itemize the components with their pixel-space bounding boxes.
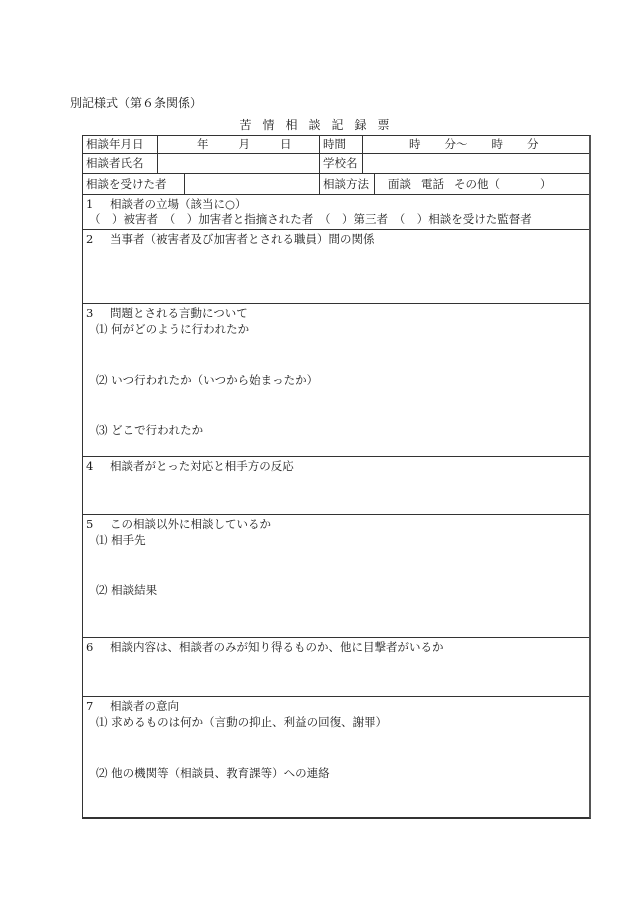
school-field[interactable] (363, 154, 589, 173)
subitem-marker: ⑶ (96, 423, 108, 437)
name-field[interactable] (158, 154, 320, 173)
method-option-phone[interactable]: 電話 (421, 177, 444, 191)
section-4-response[interactable]: 4相談者がとった対応と相手方の反応 (83, 457, 589, 515)
section-number: 1 (86, 197, 110, 212)
subitem-marker: ⑴ (96, 533, 108, 547)
section-5-other-consultation[interactable]: 5この相談以外に相談しているか ⑴ 相手先 ⑵ 相談結果 (83, 515, 589, 638)
subitem-text: いつ行われたか（いつから始まったか） (111, 373, 318, 387)
position-options[interactable]: （ ）被害者 （ ）加害者と指摘された者 （ ）第三者 （ ）相談を受けた監督者 (89, 212, 532, 227)
section-number: 3 (86, 306, 110, 321)
school-label: 学校名 (320, 154, 363, 173)
section-number: 2 (86, 232, 110, 247)
subitem-marker: ⑵ (96, 766, 108, 780)
section-6-witnesses[interactable]: 6相談内容は、相談者のみが知り得るものか、他に目撃者がいるか (83, 638, 589, 697)
method-option-in-person[interactable]: 面談 (388, 177, 411, 191)
section-title: この相談以外に相談しているか (110, 517, 271, 531)
receiver-label: 相談を受けた者 (83, 174, 185, 194)
complaint-record-form: 相談年月日 年月日 時間 時分～時分 相談者氏名 学校名 相談を受けた者 相談方… (82, 135, 591, 819)
section-title: 相談者がとった対応と相手方の反応 (110, 459, 294, 473)
subitem-text: 求めるものは何か（言動の抑止、利益の回復、謝罪） (111, 715, 387, 729)
section-title: 相談者の立場（該当に○） (110, 197, 247, 211)
subitem-marker: ⑵ (96, 373, 108, 387)
section-title: 相談者の意向 (110, 699, 179, 713)
section-title: 相談内容は、相談者のみが知り得るものか、他に目撃者がいるか (110, 640, 444, 654)
subitem-text: 他の機関等（相談員、教育課等）への連絡 (111, 766, 330, 780)
subitem-marker: ⑴ (96, 322, 108, 336)
method-other-close: ） (540, 177, 552, 191)
section-3-conduct[interactable]: 3問題とされる言動について ⑴ 何がどのように行われたか ⑵ いつ行われたか（い… (83, 304, 589, 457)
section-number: 7 (86, 699, 110, 714)
info-row-receiver-method: 相談を受けた者 相談方法 面談電話その他（） (83, 174, 589, 195)
minute-start-label: 分～ (445, 137, 468, 151)
subitem-marker: ⑴ (96, 715, 108, 729)
section-number: 5 (86, 517, 110, 532)
subitem-text: 何がどのように行われたか (111, 322, 249, 336)
section-7-intentions[interactable]: 7相談者の意向 ⑴ 求めるものは何か（言動の抑止、利益の回復、謝罪） ⑵ 他の機… (83, 697, 589, 818)
method-label: 相談方法 (320, 174, 375, 194)
section-number: 6 (86, 640, 110, 655)
subitem-text: 相談結果 (111, 583, 157, 597)
subitem-text: 相手先 (111, 533, 146, 547)
form-title: 苦情相談記録票 (0, 118, 630, 132)
time-field[interactable]: 時分～時分 (363, 136, 589, 153)
time-label: 時間 (320, 136, 363, 153)
receiver-field[interactable] (185, 174, 320, 194)
section-2-relationship[interactable]: 2当事者（被害者及び加害者とされる職員）間の関係 (83, 230, 589, 304)
hour-end-label: 時 (492, 137, 504, 151)
method-option-other[interactable]: その他（ (454, 177, 500, 191)
info-row-name-school: 相談者氏名 学校名 (83, 154, 589, 174)
section-title: 問題とされる言動について (110, 306, 248, 320)
info-row-date-time: 相談年月日 年月日 時間 時分～時分 (83, 136, 589, 154)
date-label: 相談年月日 (83, 136, 158, 153)
section-number: 4 (86, 459, 110, 474)
subitem-text: どこで行われたか (111, 423, 203, 437)
day-label: 日 (280, 137, 292, 151)
year-label: 年 (197, 137, 209, 151)
section-title: 当事者（被害者及び加害者とされる職員）間の関係 (110, 232, 375, 246)
name-label: 相談者氏名 (83, 154, 158, 173)
minute-end-label: 分 (527, 137, 539, 151)
date-field[interactable]: 年月日 (158, 136, 320, 153)
method-field: 面談電話その他（） (375, 174, 589, 194)
form-reference: 別記様式（第６条関係） (70, 95, 202, 111)
section-1-position: 1相談者の立場（該当に○） （ ）被害者 （ ）加害者と指摘された者 （ ）第三… (83, 195, 589, 230)
month-label: 月 (239, 137, 251, 151)
hour-start-label: 時 (409, 137, 421, 151)
subitem-marker: ⑵ (96, 583, 108, 597)
